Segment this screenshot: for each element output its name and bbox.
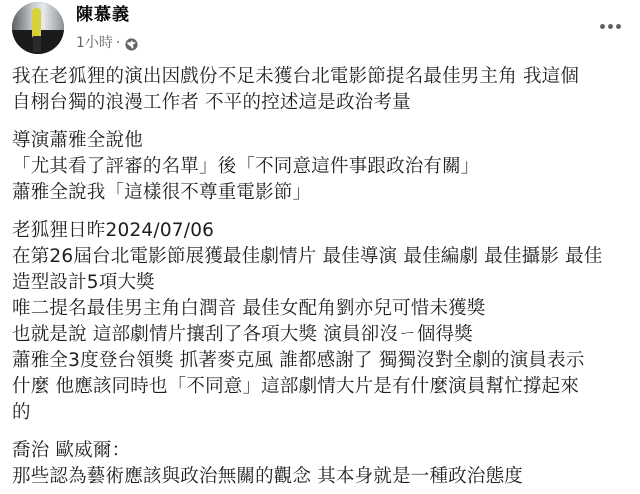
post-paragraph: 喬治 歐威爾： 那些認為藝術應該與政治無關的觀念 其本身就是一種政治態度: [12, 438, 636, 490]
post-header: 陳慕義 1小時 ·: [0, 0, 640, 60]
post-paragraph: 老狐狸日昨2024/07/06 在第26屆台北電影節展獲最佳劇情片 最佳導演 最…: [12, 218, 636, 426]
text-line: 老狐狸日昨2024/07/06: [12, 218, 636, 244]
more-horizontal-icon: [616, 24, 621, 29]
text-line: 自栩台獨的浪漫工作者 不平的控述這是政治考量: [12, 90, 636, 116]
text-line: 在第26屆台北電影節展獲最佳劇情片 最佳導演 最佳編劇 最佳攝影 最佳: [12, 244, 636, 270]
post-paragraph: 我在老狐狸的演出因戲份不足未獲台北電影節提名最佳男主角 我這個 自栩台獨的浪漫工…: [12, 64, 636, 116]
text-line: 也就是說 這部劇情片攘刮了各項大獎 演員卻沒ㄧ個得獎: [12, 322, 636, 348]
avatar[interactable]: [12, 2, 64, 54]
text-line: 蕭雅全3度登台領獎 抓著麥克風 誰都感謝了 獨獨沒對全劇的演員表示: [12, 348, 636, 374]
avatar-figure-legs: [33, 36, 41, 52]
post-time[interactable]: 1小時: [76, 33, 113, 53]
text-line: 喬治 歐威爾：: [12, 438, 636, 464]
meta-separator: ·: [116, 33, 120, 53]
post-meta: 1小時 ·: [76, 33, 138, 53]
more-horizontal-icon: [600, 24, 605, 29]
more-horizontal-icon: [608, 24, 613, 29]
text-line: 的: [12, 400, 636, 426]
text-line: 我在老狐狸的演出因戲份不足未獲台北電影節提名最佳男主角 我這個: [12, 64, 636, 90]
text-line: 造型設計5項大獎: [12, 270, 636, 296]
post-body: 我在老狐狸的演出因戲份不足未獲台北電影節提名最佳男主角 我這個 自栩台獨的浪漫工…: [12, 64, 636, 494]
text-line: 那些認為藝術應該與政治無關的觀念 其本身就是一種政治態度: [12, 464, 636, 490]
author-name[interactable]: 陳慕義: [76, 4, 130, 26]
avatar-figure: [32, 8, 41, 38]
more-options-button[interactable]: [592, 14, 628, 38]
text-line: 唯二提名最佳男主角白潤音 最佳女配角劉亦兒可惜未獲獎: [12, 296, 636, 322]
text-line: 「尤其看了評審的名單」後「不同意這件事跟政治有關」: [12, 154, 636, 180]
globe-icon[interactable]: [125, 37, 138, 50]
post-paragraph: 導演蕭雅全說他 「尤其看了評審的名單」後「不同意這件事跟政治有關」 蕭雅全說我「…: [12, 128, 636, 206]
text-line: 蕭雅全說我「這樣很不尊重電影節」: [12, 180, 636, 206]
text-line: 導演蕭雅全說他: [12, 128, 636, 154]
text-line: 什麼 他應該同時也「不同意」這部劇情大片是有什麼演員幫忙撐起來: [12, 374, 636, 400]
